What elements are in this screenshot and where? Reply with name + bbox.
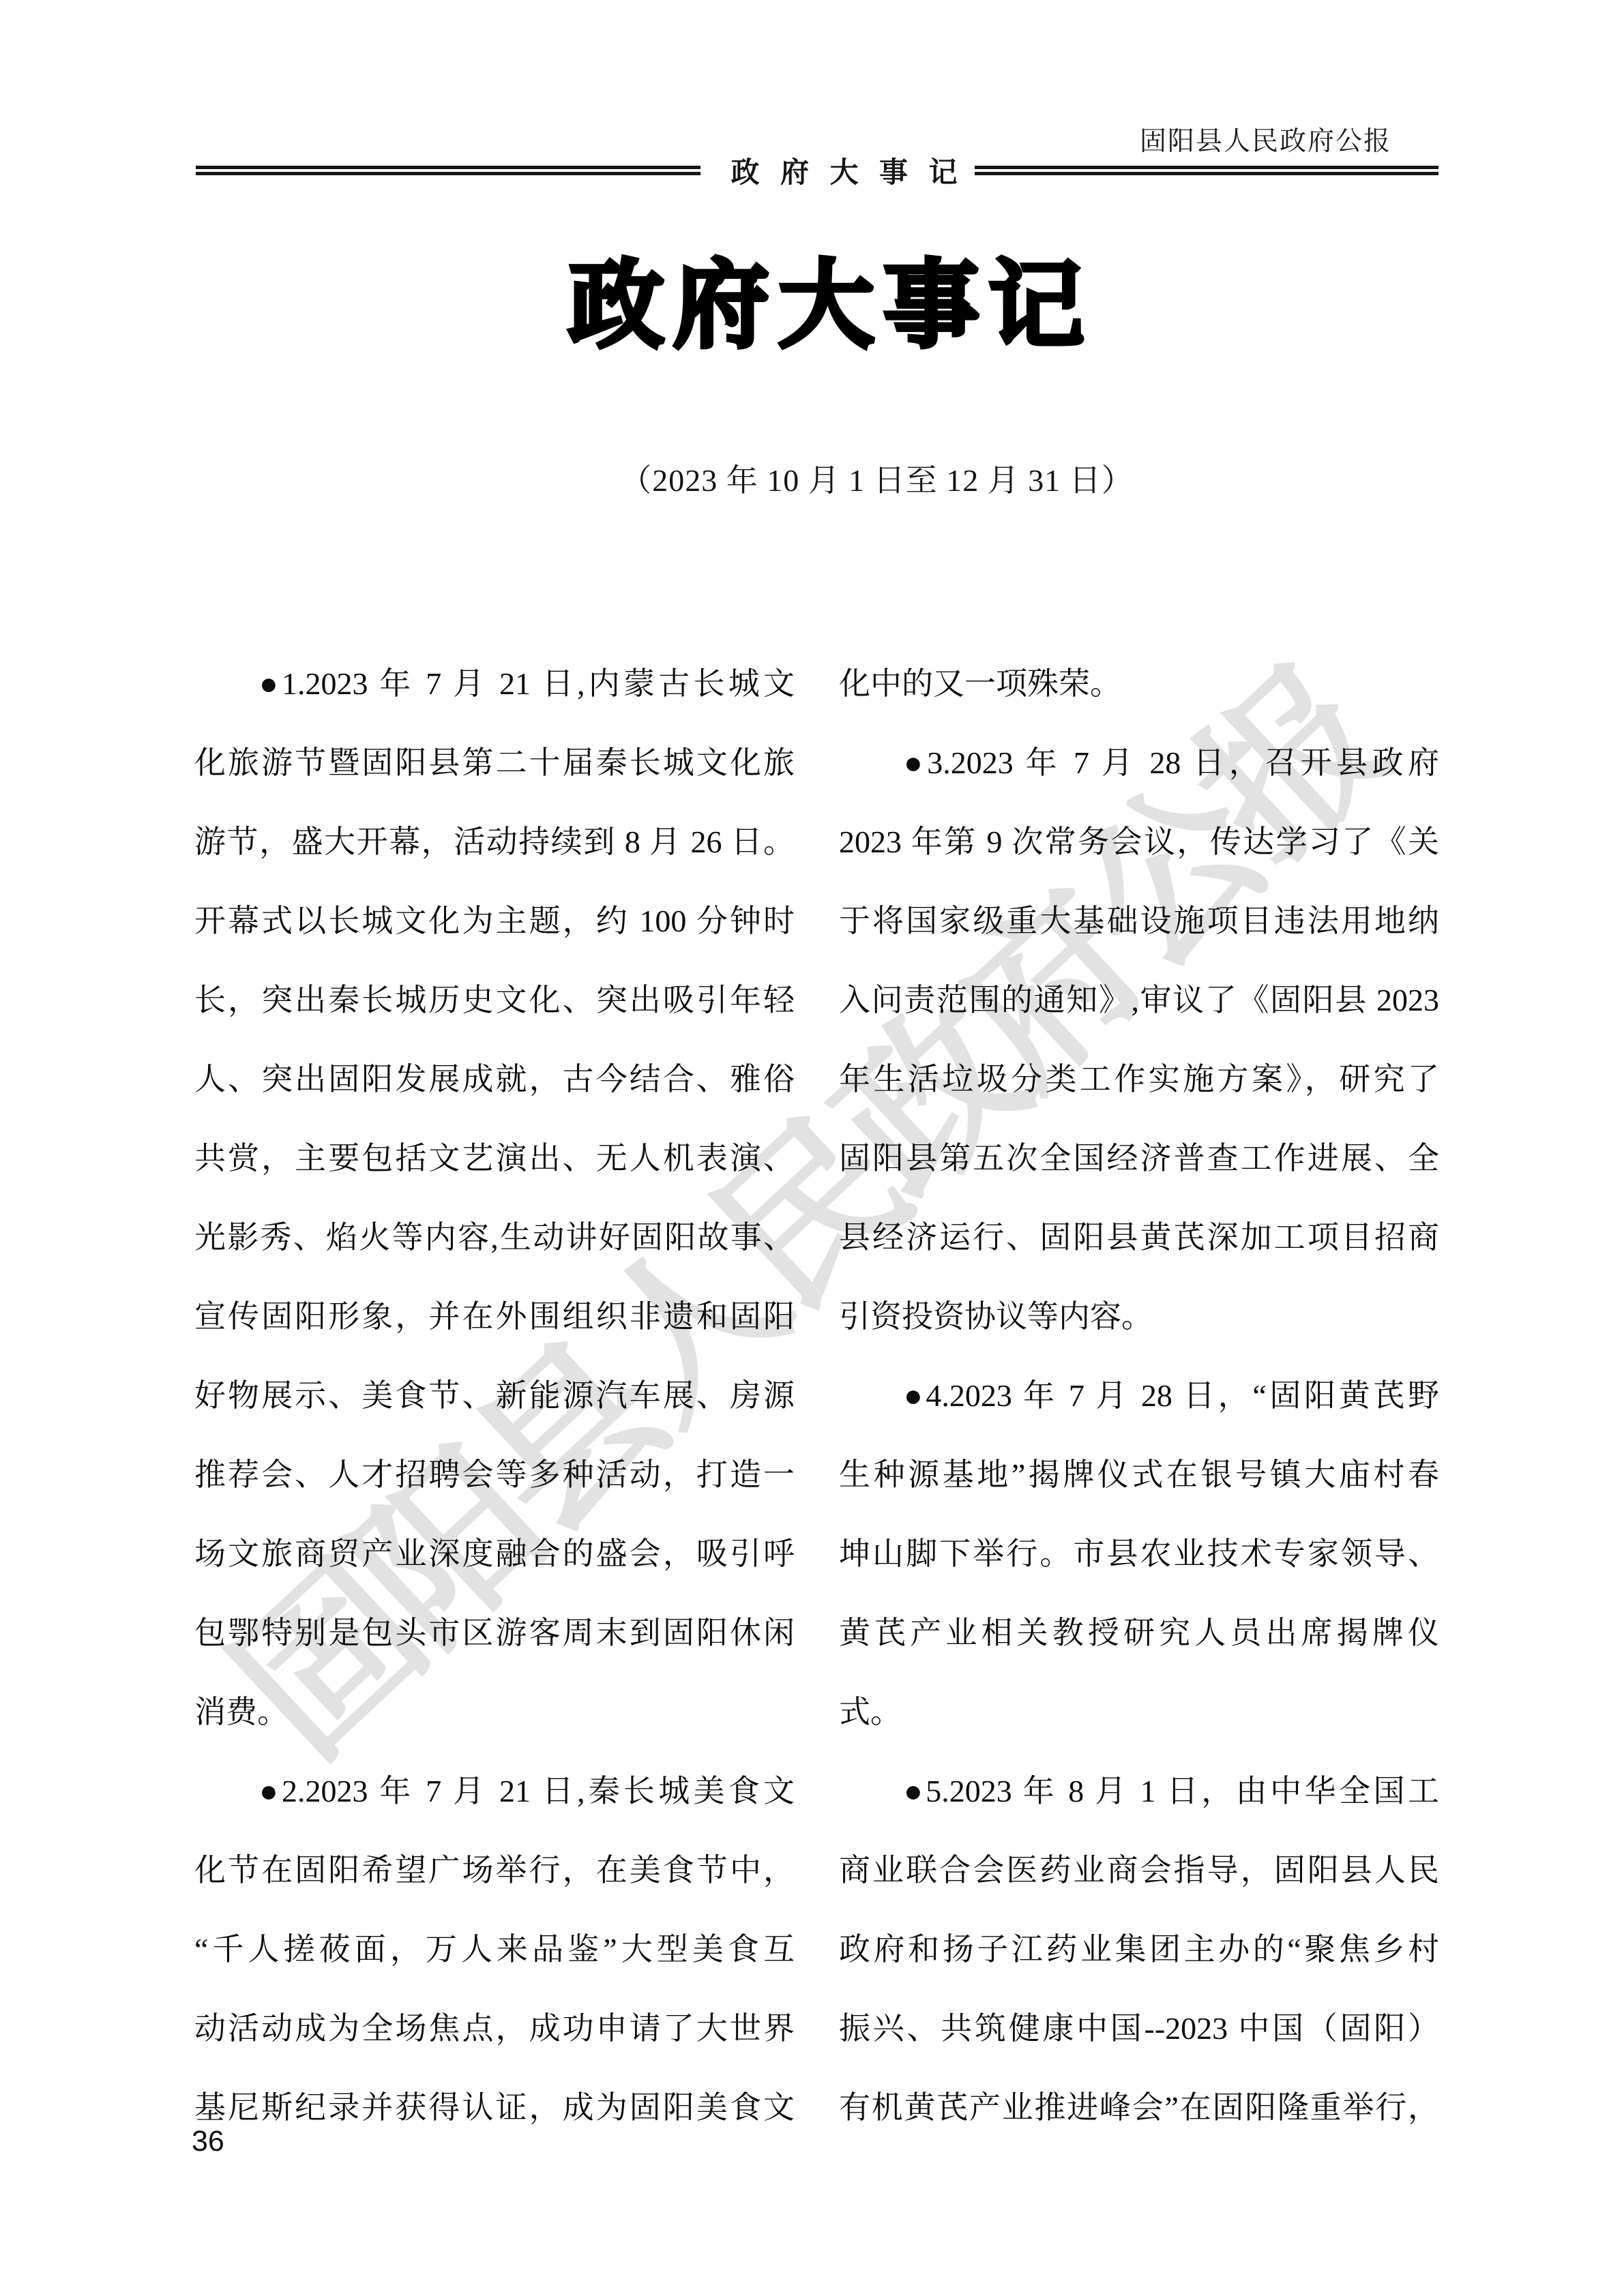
text-line: ●3.2023 年 7 月 28 日，召开县政府 <box>839 724 1439 803</box>
text-line: 推荐会、人才招聘会等多种活动，打造一 <box>194 1435 795 1515</box>
text-line: 政府和扬子江药业集团主办的“聚焦乡村 <box>839 1910 1439 1989</box>
text-line: ●1.2023 年 7 月 21 日,内蒙古长城文 <box>194 644 795 724</box>
text-line: “千人搓莜面，万人来品鉴”大型美食互 <box>194 1910 795 1989</box>
text-line: 光影秀、焰火等内容,生动讲好固阳故事、 <box>194 1198 795 1277</box>
text-line: 动活动成为全场焦点，成功申请了大世界 <box>194 1989 795 2068</box>
text-line: 式。 <box>839 1673 1439 1752</box>
text-line: 场文旅商贸产业深度融合的盛会，吸引呼 <box>194 1515 795 1594</box>
running-header: 政 府 大 事 记 <box>731 150 964 191</box>
page-number: 36 <box>192 2125 224 2158</box>
page-title: 政府大事记 <box>19 254 1624 359</box>
text-line: 县经济运行、固阳县黄芪深加工项目招商 <box>839 1198 1439 1277</box>
text-line: ●2.2023 年 7 月 21 日,秦长城美食文 <box>194 1752 795 1831</box>
gazette-page: 固阳县人民政府公报 固阳县人民政府公报 政 府 大 事 记 政府大事记 （202… <box>0 0 1624 2296</box>
date-range: （2023 年 10 月 1 日至 12 月 31 日） <box>65 456 1624 501</box>
text-line: 化节在固阳希望广场举行，在美食节中， <box>194 1831 795 1910</box>
text-line: 入问责范围的通知》,审议了《固阳县 2023 <box>839 961 1439 1040</box>
text-line: 消费。 <box>194 1673 795 1752</box>
text-line: 2023 年第 9 次常务会议，传达学习了《关 <box>839 803 1439 882</box>
text-line: 引资投资协议等内容。 <box>839 1277 1439 1356</box>
text-line: 生种源基地”揭牌仪式在银号镇大庙村春 <box>839 1435 1439 1515</box>
text-line: 年生活垃圾分类工作实施方案》，研究了 <box>839 1040 1439 1119</box>
text-line: 于将国家级重大基础设施项目违法用地纳 <box>839 882 1439 961</box>
left-column: ●1.2023 年 7 月 21 日,内蒙古长城文化旅游节暨固阳县第二十届秦长城… <box>194 644 795 2147</box>
text-line: 好物展示、美食节、新能源汽车展、房源 <box>194 1356 795 1435</box>
text-line: 游节，盛大开幕，活动持续到 8 月 26 日。 <box>194 803 795 882</box>
text-line: 振兴、共筑健康中国--2023 中国（固阳） <box>839 1989 1439 2068</box>
text-line: 有机黄芪产业推进峰会”在固阳隆重举行， <box>839 2068 1439 2147</box>
text-line: 开幕式以长城文化为主题，约 100 分钟时 <box>194 882 795 961</box>
text-line: 人、突出固阳发展成就，古今结合、雅俗 <box>194 1040 795 1119</box>
text-line: 长，突出秦长城历史文化、突出吸引年轻 <box>194 961 795 1040</box>
header-rule-right <box>975 166 1438 175</box>
text-line: 化旅游节暨固阳县第二十届秦长城文化旅 <box>194 724 795 803</box>
text-line: 基尼斯纪录并获得认证，成为固阳美食文 <box>194 2068 795 2147</box>
header-rule-row: 政 府 大 事 记 <box>196 155 1438 185</box>
text-line: 固阳县第五次全国经济普查工作进展、全 <box>839 1119 1439 1198</box>
text-line: 共赏，主要包括文艺演出、无人机表演、 <box>194 1119 795 1198</box>
text-line: 黄芪产业相关教授研究人员出席揭牌仪 <box>839 1594 1439 1673</box>
text-line: 宣传固阳形象，并在外围组织非遗和固阳 <box>194 1277 795 1356</box>
text-line: ●4.2023 年 7 月 28 日，“固阳黄芪野 <box>839 1356 1439 1435</box>
right-column: 化中的又一项殊荣。●3.2023 年 7 月 28 日，召开县政府2023 年第… <box>839 644 1439 2147</box>
text-line: 商业联合会医药业商会指导，固阳县人民 <box>839 1831 1439 1910</box>
text-line: 包鄂特别是包头市区游客周末到固阳休闲 <box>194 1594 795 1673</box>
header-rule-left <box>196 166 700 175</box>
publication-name: 固阳县人民政府公报 <box>1140 120 1391 158</box>
text-line: 化中的又一项殊荣。 <box>839 644 1439 724</box>
text-line: 坤山脚下举行。市县农业技术专家领导、 <box>839 1515 1439 1594</box>
text-line: ●5.2023 年 8 月 1 日，由中华全国工 <box>839 1752 1439 1831</box>
